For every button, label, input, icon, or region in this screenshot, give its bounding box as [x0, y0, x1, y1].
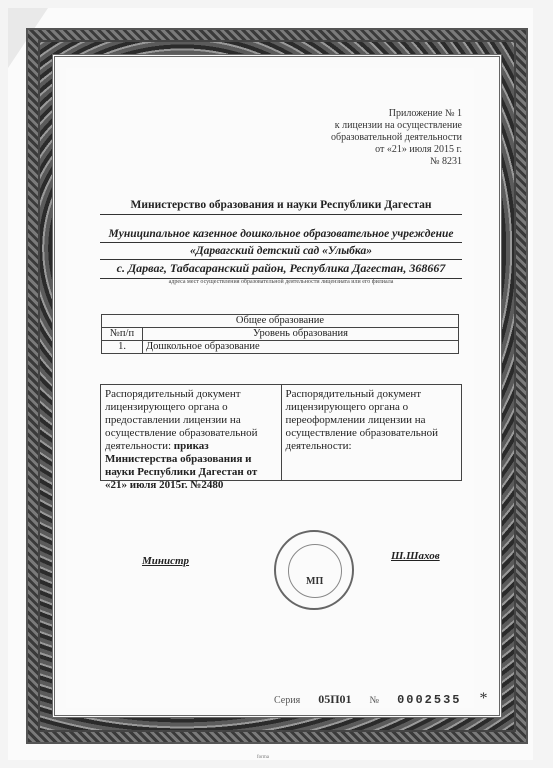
education-levels-table: Общее образование №п/п Уровень образован…	[101, 314, 459, 354]
row-level: Дошкольное образование	[143, 341, 459, 354]
license-number: № 8231	[331, 156, 462, 168]
appendix-date: от «21» июля 2015 г.	[331, 144, 462, 156]
organization-address: с. Дарваг, Табасаранский район, Республи…	[100, 261, 462, 279]
number-value: 0002535	[397, 693, 461, 707]
signatory-name: Ш.Шахов	[391, 550, 440, 562]
seal-label: МП	[306, 576, 323, 587]
reissue-decision: Распорядительный документ лицензирующего…	[281, 385, 462, 480]
table-row: 1. Дошкольное образование	[102, 341, 459, 354]
decisions-box: Распорядительный документ лицензирующего…	[100, 384, 462, 481]
appendix-line: образовательной деятельности	[331, 132, 462, 144]
column-header-level: Уровень образования	[143, 328, 459, 341]
reissue-decision-text: Распорядительный документ лицензирующего…	[286, 388, 439, 452]
issuer-name: Министерство образования и науки Республ…	[100, 199, 462, 215]
number-label: №	[370, 695, 380, 706]
appendix-header: Приложение № 1 к лицензии на осуществлен…	[331, 108, 462, 168]
serial-number: Серия 05П01 № 0002535 *	[274, 690, 488, 708]
row-num: 1.	[102, 341, 143, 354]
official-seal-icon: МП	[274, 530, 354, 610]
address-caption: адреса мест осуществления образовательно…	[100, 279, 462, 285]
series-label: Серия	[274, 695, 300, 706]
signatory-title: Министр	[142, 555, 189, 567]
document-content: Приложение № 1 к лицензии на осуществлен…	[66, 68, 474, 708]
section-header: Общее образование	[102, 315, 459, 328]
appendix-line: к лицензии на осуществление	[331, 120, 462, 132]
organization-name-line1: Муниципальное казенное дошкольное образо…	[100, 228, 462, 243]
grant-decision: Распорядительный документ лицензирующего…	[101, 385, 281, 480]
series-value: 05П01	[318, 692, 351, 707]
appendix-line: Приложение № 1	[331, 108, 462, 120]
organization-name-line2: «Дарвагский детский сад «Улыбка»	[100, 245, 462, 260]
column-header-num: №п/п	[102, 328, 143, 341]
license-sheet: Приложение № 1 к лицензии на осуществлен…	[8, 8, 533, 760]
asterisk-icon: *	[480, 690, 488, 708]
footer-mark: forma	[257, 755, 269, 760]
